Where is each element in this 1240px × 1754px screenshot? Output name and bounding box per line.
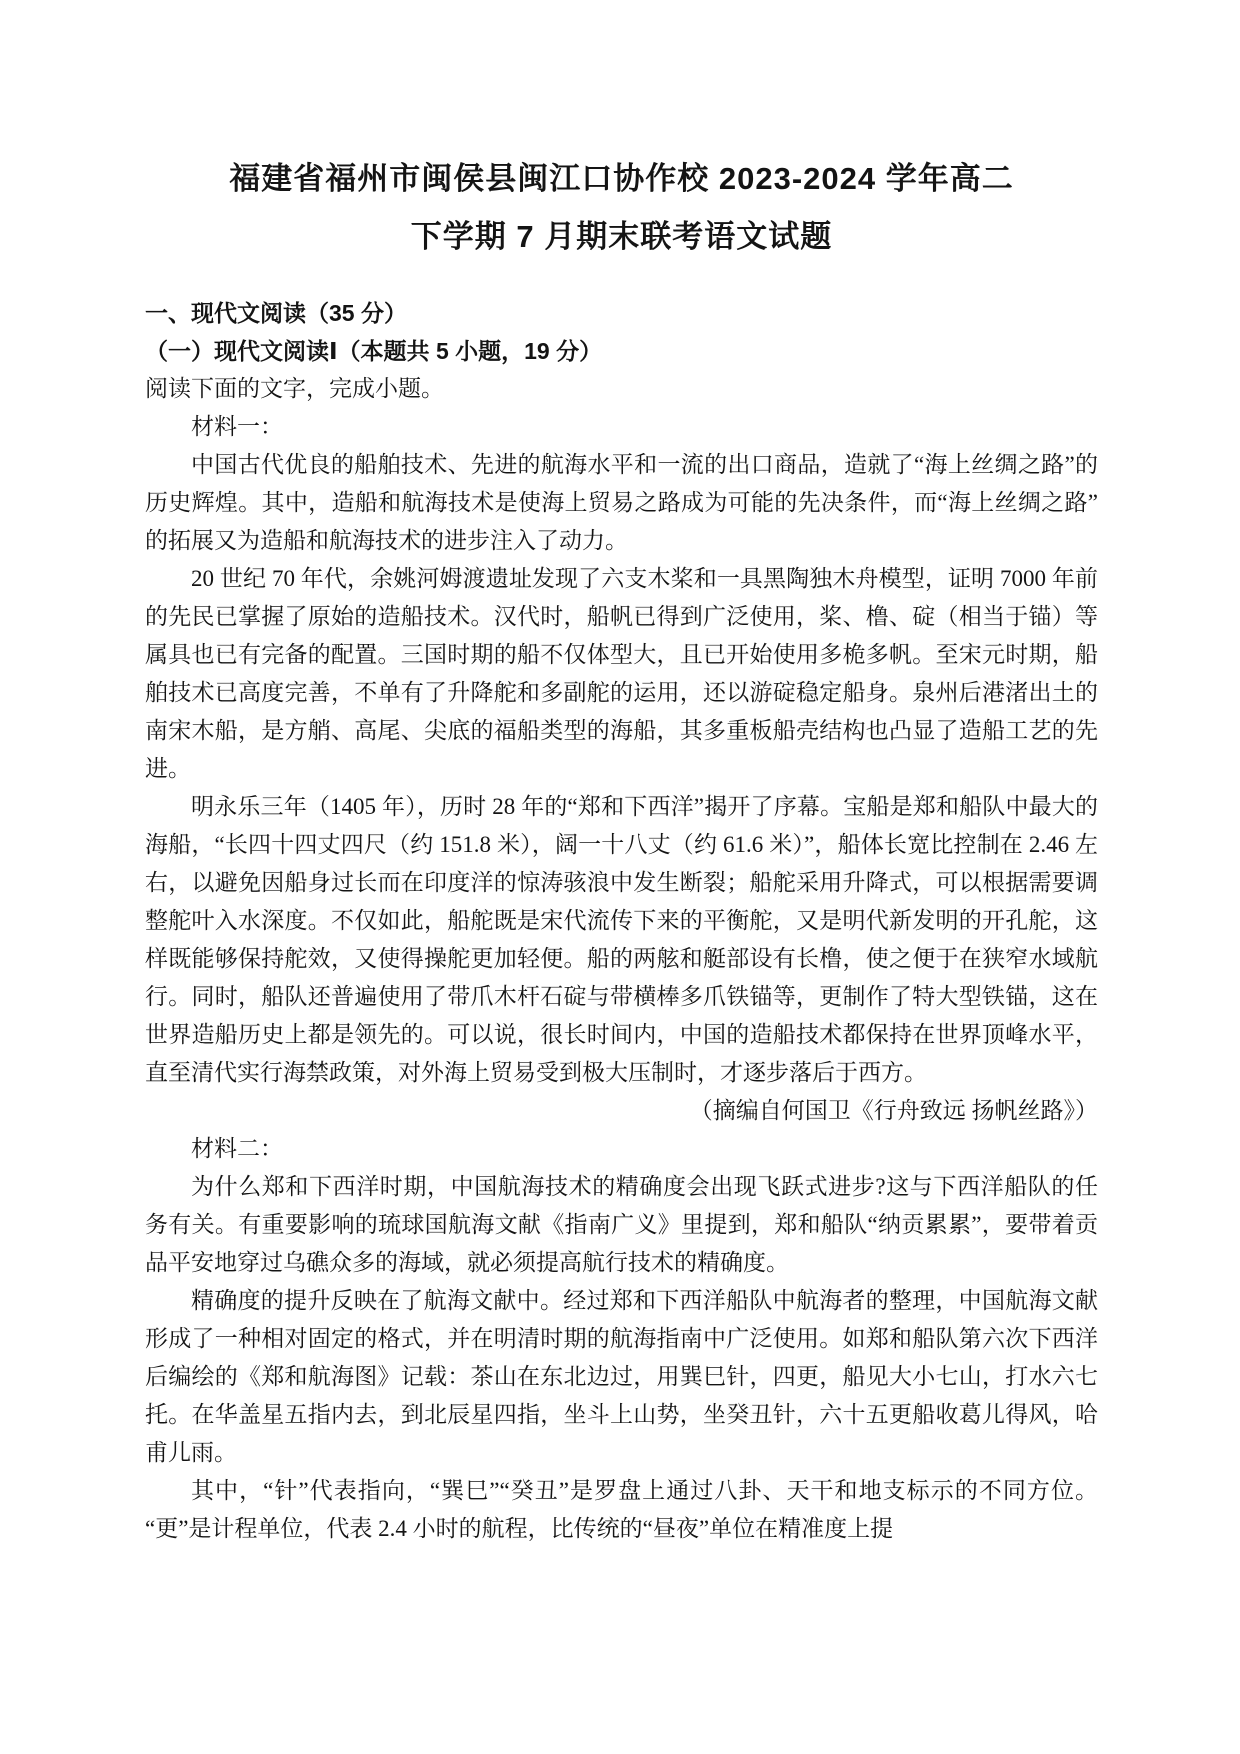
reading-instruction: 阅读下面的文字，完成小题。 <box>145 370 1098 408</box>
material1-paragraph-2: 20 世纪 70 年代，余姚河姆渡遗址发现了六支木桨和一具黑陶独木舟模型，证明 … <box>145 560 1098 788</box>
page-title-line2: 下学期 7 月期末联考语文试题 <box>145 208 1098 266</box>
page-title: 福建省福州市闽侯县闽江口协作校 2023-2024 学年高二 下学期 7 月期末… <box>145 150 1098 266</box>
material2-label: 材料二： <box>145 1130 1098 1168</box>
section-heading-modern-reading: 一、现代文阅读（35 分） <box>145 294 1098 332</box>
material1-paragraph-1: 中国古代优良的船舶技术、先进的航海水平和一流的出口商品，造就了“海上丝绸之路”的… <box>145 446 1098 560</box>
material1-paragraph-3: 明永乐三年（1405 年），历时 28 年的“郑和下西洋”揭开了序幕。宝船是郑和… <box>145 788 1098 1092</box>
material2-paragraph-2: 精确度的提升反映在了航海文献中。经过郑和下西洋船队中航海者的整理，中国航海文献形… <box>145 1282 1098 1472</box>
subsection-heading-reading-1: （一）现代文阅读Ⅰ（本题共 5 小题，19 分） <box>145 332 1098 370</box>
page-title-line1: 福建省福州市闽侯县闽江口协作校 2023-2024 学年高二 <box>145 150 1098 208</box>
exam-paper-page: 福建省福州市闽侯县闽江口协作校 2023-2024 学年高二 下学期 7 月期末… <box>0 0 1240 1754</box>
material2-paragraph-1: 为什么郑和下西洋时期，中国航海技术的精确度会出现飞跃式进步?这与下西洋船队的任务… <box>145 1168 1098 1282</box>
material2-paragraph-3: 其中，“针”代表指向，“巽巳”“癸丑”是罗盘上通过八卦、天干和地支标示的不同方位… <box>145 1472 1098 1548</box>
material1-label: 材料一： <box>145 408 1098 446</box>
material1-source-attribution: （摘编自何国卫《行舟致远 扬帆丝路》） <box>145 1092 1098 1130</box>
